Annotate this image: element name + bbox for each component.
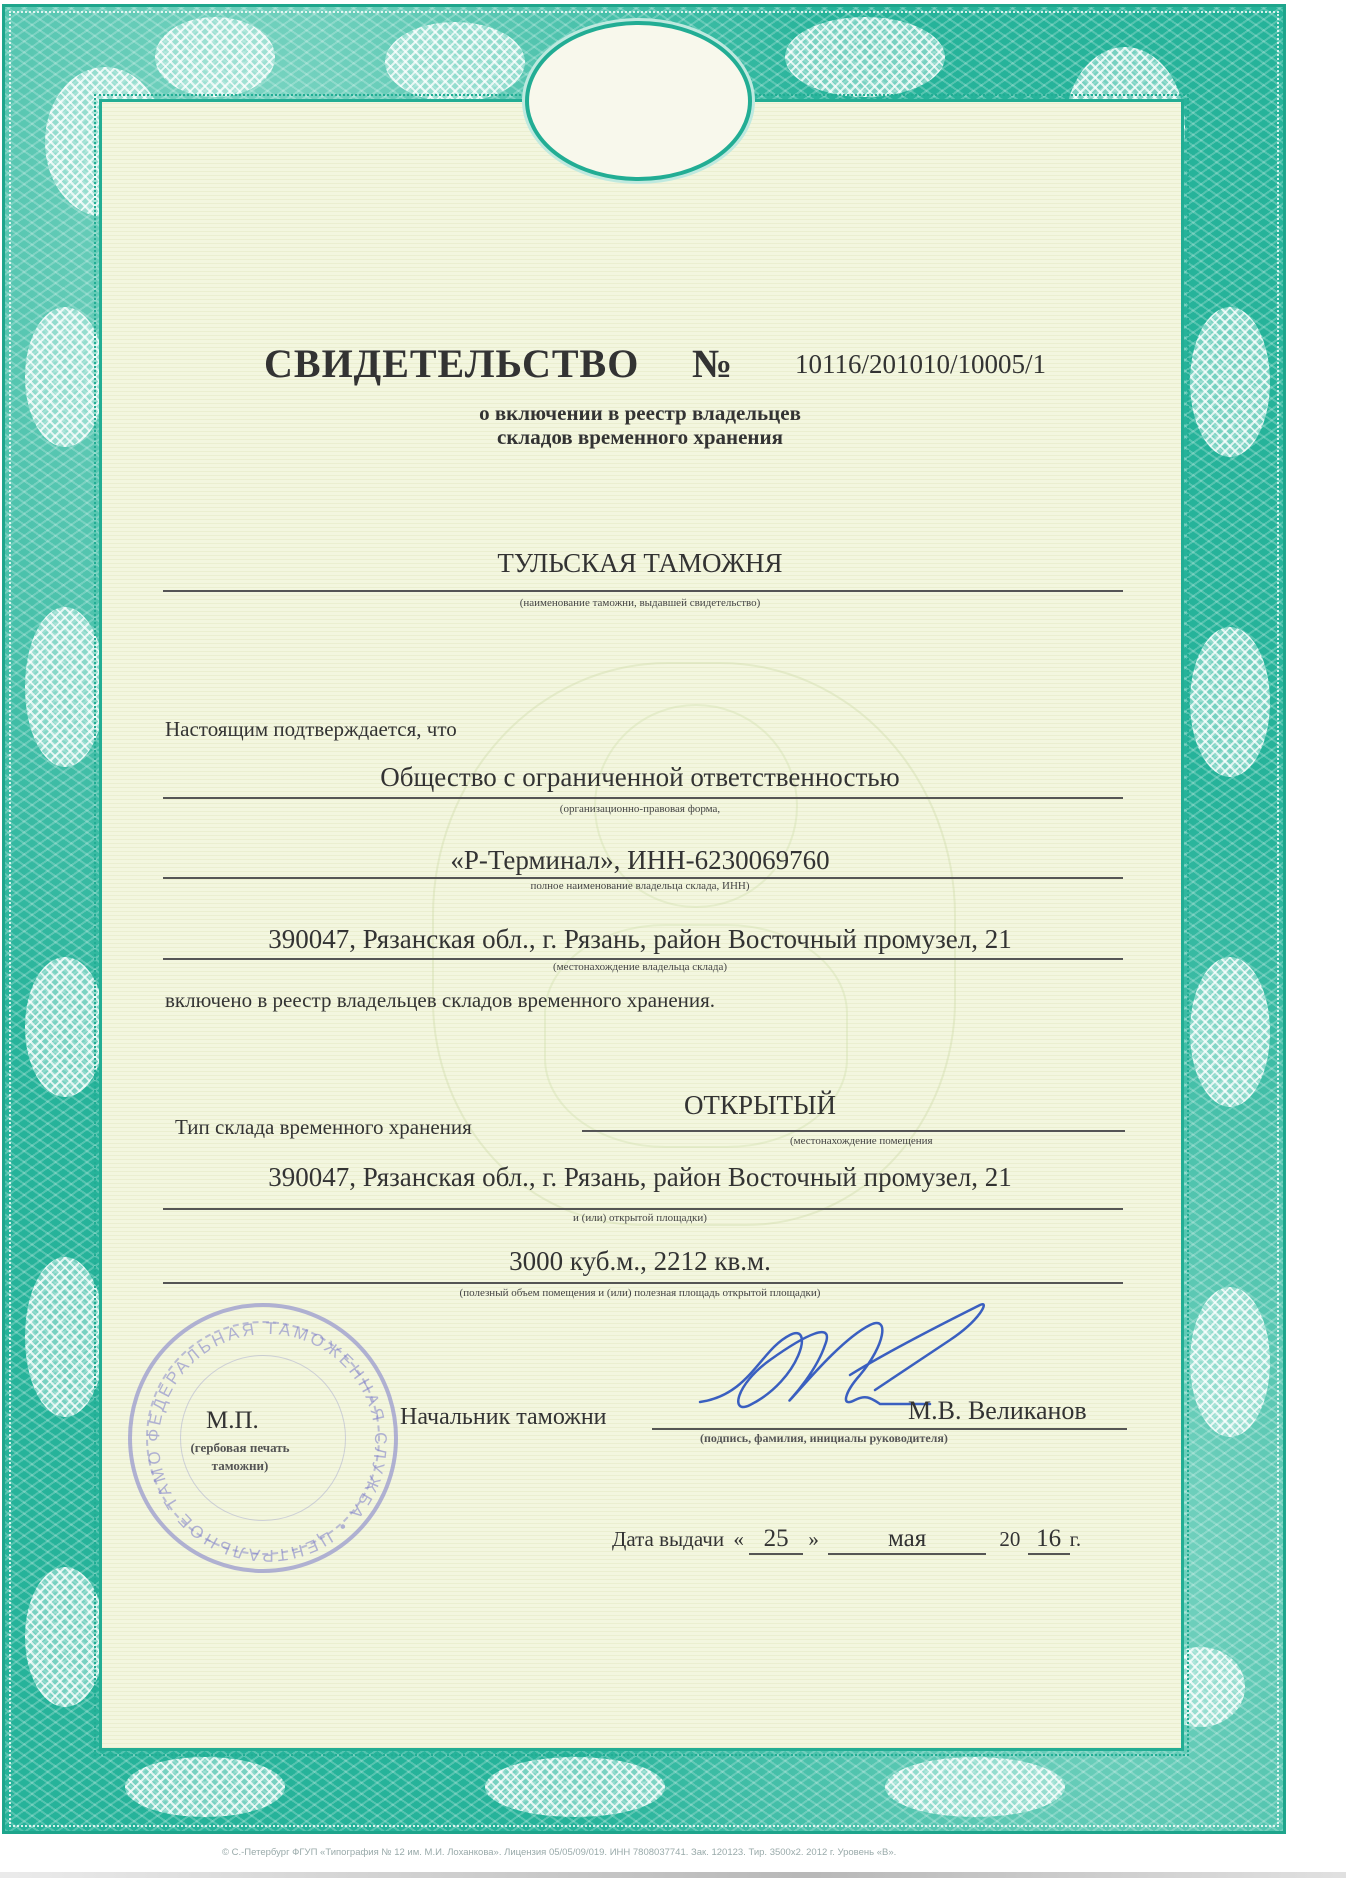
certificate-number: 10116/201010/10005/1 xyxy=(795,349,1046,380)
close-quote: » xyxy=(808,1527,819,1551)
owner-address-line xyxy=(163,958,1123,960)
issue-date-label: Дата выдачи xyxy=(612,1527,724,1551)
issuer-caption: (наименование таможни, выдавшей свидетел… xyxy=(160,597,1120,609)
seal-caption-2: таможни) xyxy=(170,1458,310,1474)
open-quote: « xyxy=(733,1527,744,1551)
warehouse-type-value: ОТКРЫТЫЙ xyxy=(580,1090,940,1121)
issue-day: 25 xyxy=(749,1525,803,1555)
legal-form-line xyxy=(163,797,1123,799)
issue-month: мая xyxy=(828,1525,986,1555)
subtitle-line-1: о включении в реестр владельцев xyxy=(0,401,1280,426)
confirm-text: Настоящим подтверждается, что xyxy=(165,717,457,742)
owner-address-value: 390047, Рязанская обл., г. Рязань, район… xyxy=(160,924,1120,955)
certificate-title: СВИДЕТЕЛЬСТВО xyxy=(264,340,639,387)
warehouse-type-caption: (местонахождение помещения xyxy=(790,1135,933,1147)
warehouse-address-caption: и (или) открытой площадки) xyxy=(160,1212,1120,1224)
legal-form-caption: (организационно-правовая форма, xyxy=(160,803,1120,815)
warehouse-address-line xyxy=(163,1208,1123,1210)
capacity-value: 3000 куб.м., 2212 кв.м. xyxy=(160,1246,1120,1277)
printer-footer: © С.-Петербург ФГУП «Типография № 12 им.… xyxy=(222,1847,896,1858)
capacity-line xyxy=(163,1282,1123,1284)
seal-caption-1: (гербовая печать xyxy=(170,1440,310,1456)
issue-year: 16 xyxy=(1028,1525,1070,1555)
year-suffix: г. xyxy=(1070,1527,1082,1551)
owner-name-caption: полное наименование владельца склада, ИН… xyxy=(160,880,1120,892)
chief-label: Начальник таможни xyxy=(400,1404,607,1431)
warehouse-address-value: 390047, Рязанская обл., г. Рязань, район… xyxy=(160,1162,1120,1193)
issuer-line xyxy=(163,590,1123,592)
issue-date: Дата выдачи « 25 » мая 20 16г. xyxy=(612,1525,1081,1555)
chief-signature-line xyxy=(652,1428,1127,1430)
top-oval-emblem xyxy=(525,21,752,181)
scan-edge-shadow xyxy=(0,1872,1346,1878)
warehouse-type-line xyxy=(582,1130,1125,1132)
issuer-value: ТУЛЬСКАЯ ТАМОЖНЯ xyxy=(160,548,1120,579)
included-text: включено в реестр владельцев складов вре… xyxy=(165,988,715,1013)
owner-address-caption: (местонахождение владельца склада) xyxy=(160,961,1120,973)
owner-name-value: «Р-Терминал», ИНН-6230069760 xyxy=(160,845,1120,876)
warehouse-type-label: Тип склада временного хранения xyxy=(175,1115,472,1140)
svg-text:ФЕДЕРАЛЬНАЯ ТАМОЖЕННАЯ СЛУЖБА: ФЕДЕРАЛЬНАЯ ТАМОЖЕННАЯ СЛУЖБА • ЦЕНТРАЛЬ… xyxy=(132,1307,390,1565)
legal-form-value: Общество с ограниченной ответственностью xyxy=(160,762,1120,793)
seal-label: М.П. xyxy=(206,1407,259,1435)
chief-caption: (подпись, фамилия, инициалы руководителя… xyxy=(700,1431,948,1446)
subtitle-line-2: складов временного хранения xyxy=(0,425,1280,450)
official-stamp: ФЕДЕРАЛЬНАЯ ТАМОЖЕННАЯ СЛУЖБА • ЦЕНТРАЛЬ… xyxy=(128,1303,398,1573)
issue-century: 20 xyxy=(999,1527,1020,1551)
chief-name: М.В. Великанов xyxy=(908,1396,1087,1426)
owner-name-line xyxy=(163,877,1123,879)
number-sign: № xyxy=(692,340,732,387)
capacity-caption: (полезный объем помещения и (или) полезн… xyxy=(160,1287,1120,1299)
